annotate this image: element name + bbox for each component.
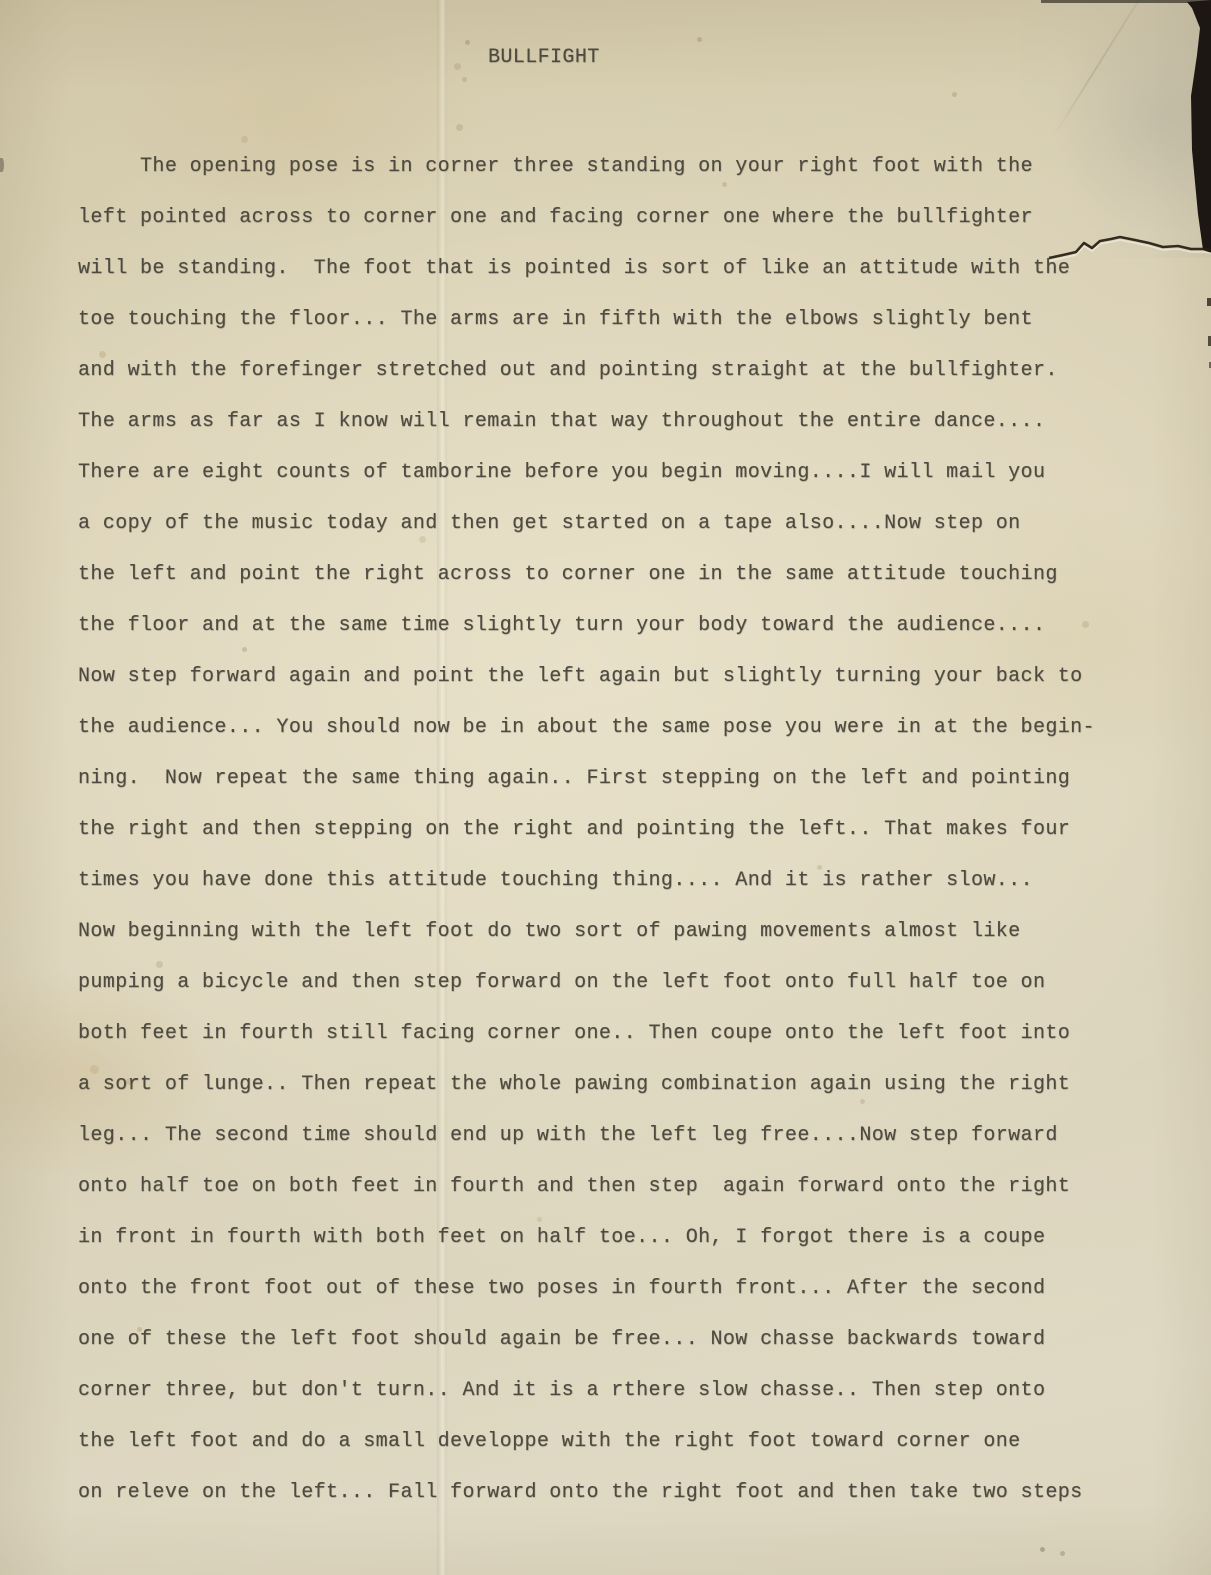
typed-line: left pointed across to corner one and fa…	[78, 192, 1188, 243]
typed-line: leg... The second time should end up wit…	[78, 1110, 1188, 1161]
left-edge-nick	[0, 158, 4, 172]
typed-line: the floor and at the same time slightly …	[78, 600, 1188, 651]
typed-line: Now beginning with the left foot do two …	[78, 906, 1188, 957]
typed-line: the right and then stepping on the right…	[78, 804, 1188, 855]
right-edge-speck	[1207, 298, 1211, 306]
typed-line: onto half toe on both feet in fourth and…	[78, 1161, 1188, 1212]
typed-line: The arms as far as I know will remain th…	[78, 396, 1188, 447]
typed-line: the audience... You should now be in abo…	[78, 702, 1188, 753]
typed-line: There are eight counts of tamborine befo…	[78, 447, 1188, 498]
typed-line: toe touching the floor... The arms are i…	[78, 294, 1188, 345]
typed-line: onto the front foot out of these two pos…	[78, 1263, 1188, 1314]
typed-line: the left foot and do a small developpe w…	[78, 1416, 1188, 1467]
typed-line: will be standing. The foot that is point…	[78, 243, 1188, 294]
typed-line: Now step forward again and point the lef…	[78, 651, 1188, 702]
typed-line: The opening pose is in corner three stan…	[78, 141, 1188, 192]
typed-line: the left and point the right across to c…	[78, 549, 1188, 600]
typed-line: corner three, but don't turn.. And it is…	[78, 1365, 1188, 1416]
document-title: BULLFIGHT	[488, 47, 600, 69]
typed-line: and with the forefinger stretched out an…	[78, 345, 1188, 396]
typewritten-page: BULLFIGHT The opening pose is in corner …	[0, 0, 1211, 1575]
typed-paragraph: The opening pose is in corner three stan…	[78, 141, 1188, 1518]
typed-line: a sort of lunge.. Then repeat the whole …	[78, 1059, 1188, 1110]
typed-line: ning. Now repeat the same thing again.. …	[78, 753, 1188, 804]
typed-line: pumping a bicycle and then step forward …	[78, 957, 1188, 1008]
typed-line: on releve on the left... Fall forward on…	[78, 1467, 1188, 1518]
torn-corner-background	[1187, 0, 1211, 253]
typed-line: times you have done this attitude touchi…	[78, 855, 1188, 906]
typed-line: in front in fourth with both feet on hal…	[78, 1212, 1188, 1263]
typed-line: both feet in fourth still facing corner …	[78, 1008, 1188, 1059]
foxing-speckles	[697, 37, 702, 42]
top-edge-shadow	[1041, 0, 1211, 3]
corner-crease-line	[1051, 0, 1183, 140]
typed-line: a copy of the music today and then get s…	[78, 498, 1188, 549]
typed-line: one of these the left foot should again …	[78, 1314, 1188, 1365]
